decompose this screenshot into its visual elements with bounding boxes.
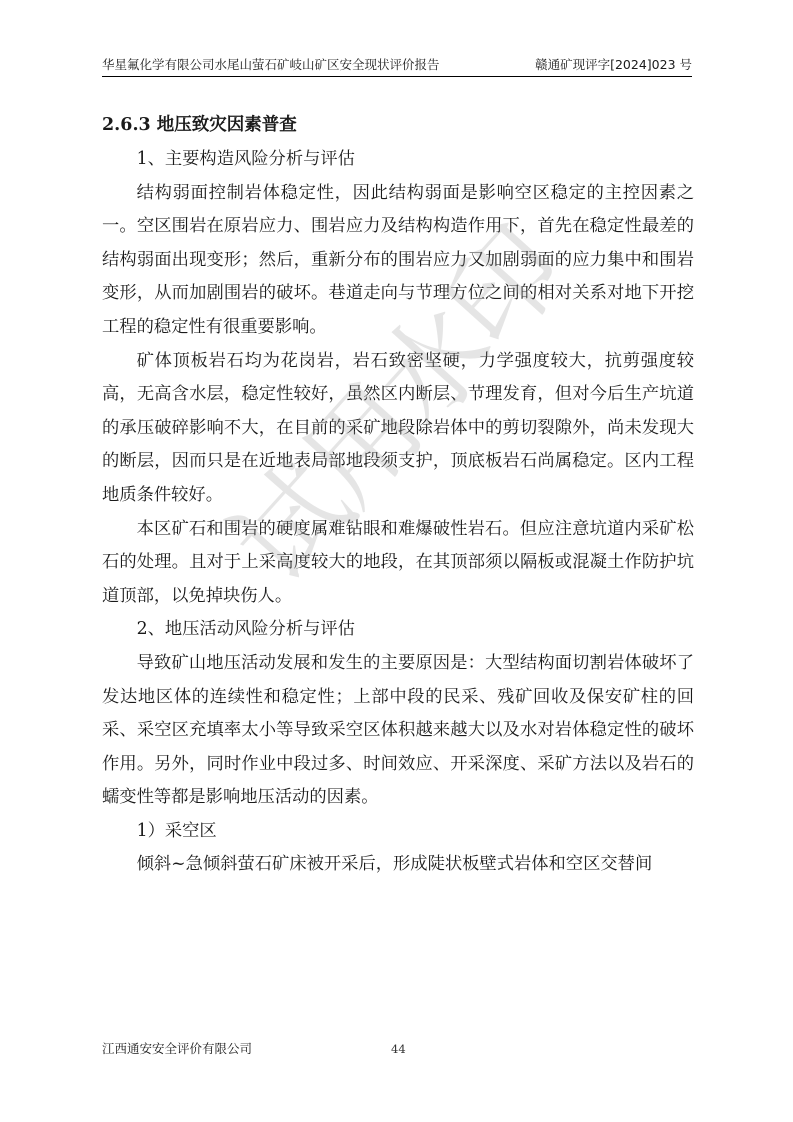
page-header: 华星氟化学有限公司水尾山萤石矿岐山矿区安全现状评价报告 赣通矿现评字[2024]… [102, 56, 692, 77]
paragraph: 矿体顶板岩石均为花岗岩，岩石致密坚硬，力学强度较大，抗剪强度较高，无高含水层，稳… [102, 345, 694, 513]
report-number: 赣通矿现评字[2024]023 号 [535, 56, 692, 74]
subheading-structure-risk: 1、主要构造风险分析与评估 [102, 143, 694, 177]
section-title: 2.6.3 地压致灾因素普查 [102, 107, 694, 143]
page-footer: 江西通安安全评价有限公司 44 [102, 1040, 692, 1060]
paragraph: 本区矿石和围岩的硬度属难钻眼和难爆破性岩石。但应注意坑道内采矿松石的处理。且对于… [102, 513, 694, 614]
page-body: 2.6.3 地压致灾因素普查 1、主要构造风险分析与评估 结构弱面控制岩体稳定性… [102, 107, 694, 882]
subheading-goaf: 1）采空区 [102, 815, 694, 849]
report-title: 华星氟化学有限公司水尾山萤石矿岐山矿区安全现状评价报告 [102, 56, 440, 74]
page-number: 44 [391, 1040, 406, 1058]
paragraph: 结构弱面控制岩体稳定性，因此结构弱面是影响空区稳定的主控因素之一。空区围岩在原岩… [102, 177, 694, 345]
paragraph: 导致矿山地压活动发展和发生的主要原因是：大型结构面切割岩体破坏了发达地区体的连续… [102, 647, 694, 815]
subheading-ground-pressure-risk: 2、地压活动风险分析与评估 [102, 613, 694, 647]
document-page: 华星氟化学有限公司水尾山萤石矿岐山矿区安全现状评价报告 赣通矿现评字[2024]… [0, 0, 793, 1122]
footer-company: 江西通安安全评价有限公司 [102, 1040, 252, 1058]
paragraph: 倾斜~急倾斜萤石矿床被开采后，形成陡状板壁式岩体和空区交替间 [102, 848, 694, 882]
